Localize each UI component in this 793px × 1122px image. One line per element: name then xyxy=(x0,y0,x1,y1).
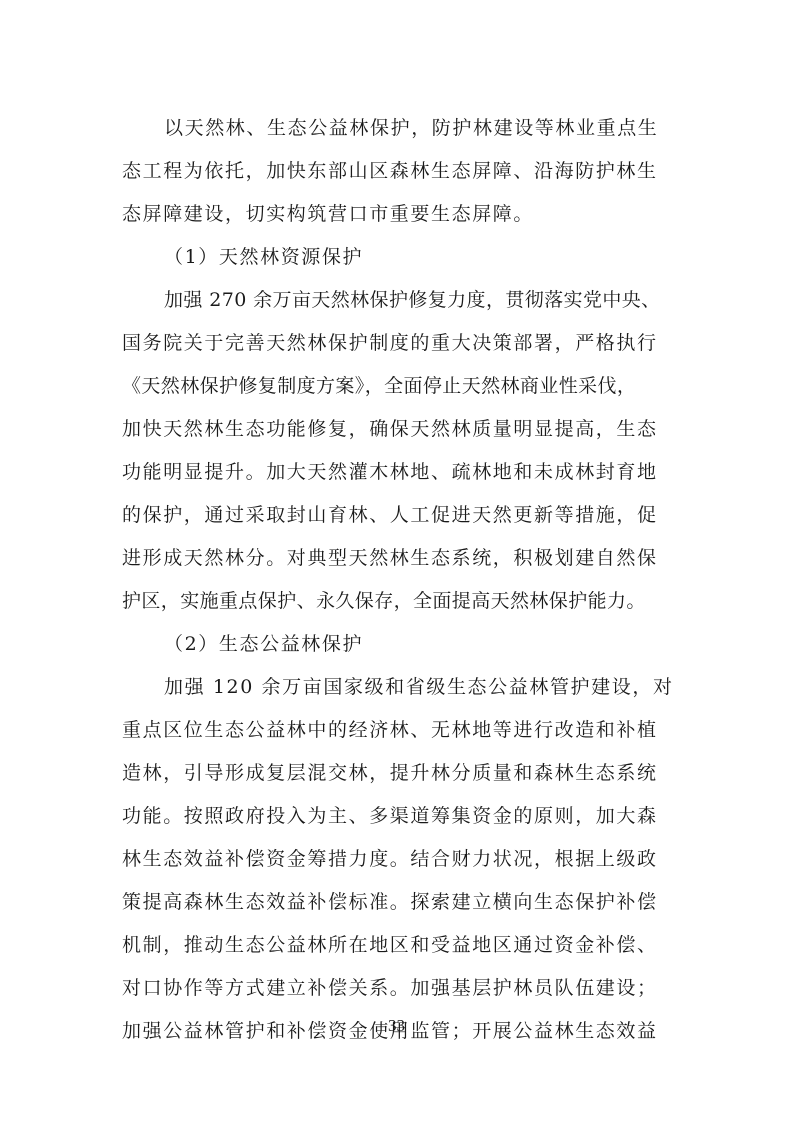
paragraph-line: 功能。按照政府投入为主、多渠道筹集资金的原则，加大森 xyxy=(122,795,672,838)
section-heading: （1）天然林资源保护 xyxy=(122,236,672,279)
page-number: 33 xyxy=(0,1016,793,1036)
paragraph-line: 对口协作等方式建立补偿关系。加强基层护林员队伍建设； xyxy=(122,967,672,1010)
paragraph-line: 进形成天然林分。对典型天然林生态系统，积极划建自然保 xyxy=(122,537,672,580)
paragraph-line: 的保护，通过采取封山育林、人工促进天然更新等措施，促 xyxy=(122,494,672,537)
paragraph-line: 《天然林保护修复制度方案》，全面停止天然林商业性采伐， xyxy=(122,365,672,408)
paragraph-line: 加快天然林生态功能修复，确保天然林质量明显提高，生态 xyxy=(122,408,672,451)
paragraph-line: 加强 120 余万亩国家级和省级生态公益林管护建设，对 xyxy=(122,666,672,709)
paragraph-line: 态工程为依托，加快东部山区森林生态屏障、沿海防护林生 xyxy=(122,150,672,193)
paragraph-line: 造林，引导形成复层混交林，提升林分质量和森林生态系统 xyxy=(122,752,672,795)
section-heading: （2）生态公益林保护 xyxy=(122,623,672,666)
paragraph-line: 加强 270 余万亩天然林保护修复力度，贯彻落实党中央、 xyxy=(122,279,672,322)
paragraph-line: 护区，实施重点保护、永久保存，全面提高天然林保护能力。 xyxy=(122,580,672,623)
document-page: 以天然林、生态公益林保护，防护林建设等林业重点生 态工程为依托，加快东部山区森林… xyxy=(122,107,672,1053)
paragraph-line: 重点区位生态公益林中的经济林、无林地等进行改造和补植 xyxy=(122,709,672,752)
paragraph-line: 以天然林、生态公益林保护，防护林建设等林业重点生 xyxy=(122,107,672,150)
paragraph-line: 国务院关于完善天然林保护制度的重大决策部署，严格执行 xyxy=(122,322,672,365)
paragraph-line: 策提高森林生态效益补偿标准。探索建立横向生态保护补偿 xyxy=(122,881,672,924)
paragraph-line: 机制，推动生态公益林所在地区和受益地区通过资金补偿、 xyxy=(122,924,672,967)
paragraph-line: 功能明显提升。加大天然灌木林地、疏林地和未成林封育地 xyxy=(122,451,672,494)
paragraph-line: 态屏障建设，切实构筑营口市重要生态屏障。 xyxy=(122,193,672,236)
paragraph-line: 林生态效益补偿资金筹措力度。结合财力状况，根据上级政 xyxy=(122,838,672,881)
